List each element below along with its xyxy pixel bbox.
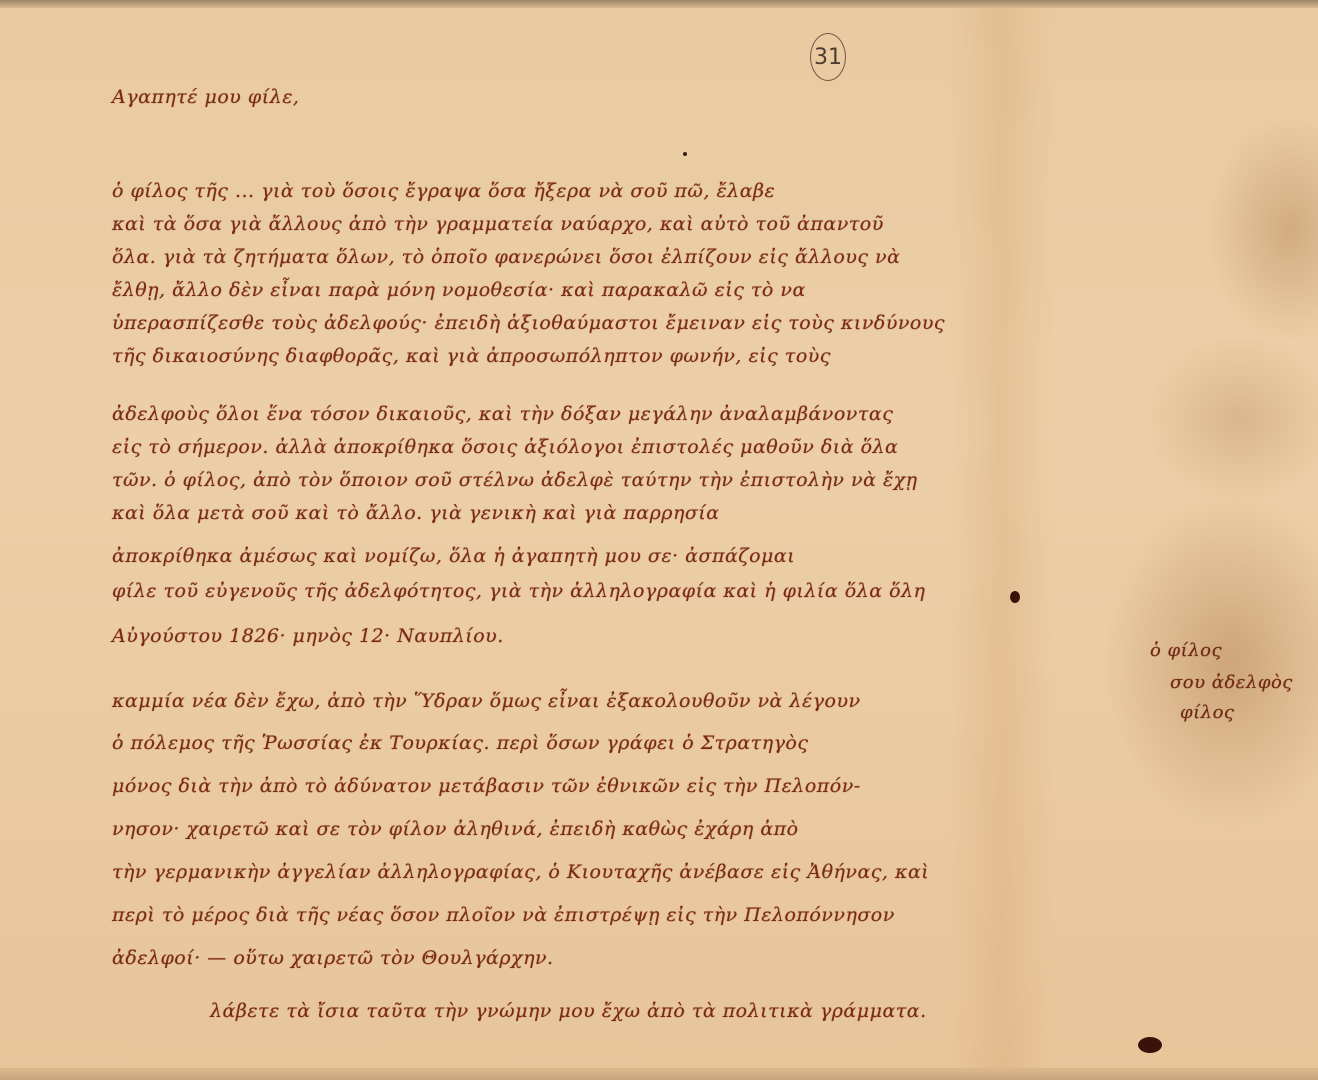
- body-line: ἔλθῃ, ἄλλο δὲν εἶναι παρὰ μόνη νομοθεσία…: [112, 279, 806, 301]
- body-line: καμμία νέα δὲν ἔχω, ἀπὸ τὴν Ὕδραν ὅμως ε…: [112, 690, 861, 712]
- body-line: ὁ φίλος τῆς ... γιὰ τοὺ ὅσοις ἔγραψα ὅσα…: [112, 180, 775, 202]
- body-line: νησον· χαιρετῶ καὶ σε τὸν φίλον ἀληθινά,…: [112, 818, 799, 840]
- body-line: ὁ πόλεμος τῆς Ῥωσσίας ἐκ Τουρκίας. περὶ …: [112, 732, 809, 754]
- body-line: τῶν. ὁ φίλος, ἀπὸ τὸν ὅποιον σοῦ στέλνω …: [112, 469, 918, 491]
- postscript: λάβετε τὰ ἴσια ταῦτα τὴν γνώμην μου ἔχω …: [210, 1000, 927, 1022]
- body-line: μόνος διὰ τὴν ἀπὸ τὸ ἀδύνατον μετάβασιν …: [112, 775, 861, 797]
- body-line: ἀδελφοὺς ὅλοι ἕνα τόσον δικαιοῦς, καὶ τὴ…: [112, 403, 893, 425]
- body-line: καὶ τὰ ὅσα γιὰ ἄλλους ἀπὸ τὴν γραμματεία…: [112, 213, 884, 235]
- salutation: Αγαπητέ μου φίλε,: [112, 86, 299, 108]
- body-line: ὑπερασπίζεσθε τοὺς ἀδελφούς· ἐπειδὴ ἀξιο…: [112, 312, 945, 334]
- body-line: εἰς τὸ σήμερον. ἀλλὰ ἀποκρίθηκα ὅσοις ἀξ…: [112, 436, 898, 458]
- signature-line: σου ἀδελφὸς: [1170, 672, 1293, 693]
- folio-number: 31: [810, 33, 846, 81]
- body-line: ἀδελφοί· — οὕτω χαιρετῶ τὸν Θουλγάρχην.: [112, 947, 554, 969]
- body-line: φίλε τοῦ εὐγενοῦς τῆς ἀδελφότητος, γιὰ τ…: [112, 580, 925, 602]
- date-line: Αὐγούστου 1826· μηνὸς 12· Ναυπλίου.: [112, 625, 504, 647]
- manuscript-page: 31 Αγαπητέ μου φίλε, ὁ φίλος τῆς ... γιὰ…: [0, 0, 1318, 1080]
- body-line: καὶ ὅλα μετὰ σοῦ καὶ τὸ ἄλλο. γιὰ γενικὴ…: [112, 502, 720, 524]
- body-line: ἀποκρίθηκα ἀμέσως καὶ νομίζω, ὅλα ἡ ἀγαπ…: [112, 545, 795, 567]
- body-line: περὶ τὸ μέρος διὰ τῆς νέας ὅσον πλοῖον ν…: [112, 904, 895, 926]
- signature-line: φίλος: [1180, 702, 1235, 723]
- body-line: τῆς δικαιοσύνης διαφθορᾶς, καὶ γιὰ ἀπροσ…: [112, 345, 831, 367]
- signature-line: ὁ φίλος: [1150, 640, 1222, 661]
- page-bottom-edge: [0, 1068, 1318, 1080]
- ink-blot: [1138, 1037, 1162, 1053]
- body-line: ὅλα. γιὰ τὰ ζητήματα ὅλων, τὸ ὁποῖο φανε…: [112, 246, 900, 268]
- ink-dot: [683, 152, 687, 156]
- body-line: τὴν γερμανικὴν ἀγγελίαν ἀλληλογραφίας, ὁ…: [112, 861, 929, 883]
- ink-blot: [1010, 591, 1020, 603]
- page-top-edge: [0, 0, 1318, 8]
